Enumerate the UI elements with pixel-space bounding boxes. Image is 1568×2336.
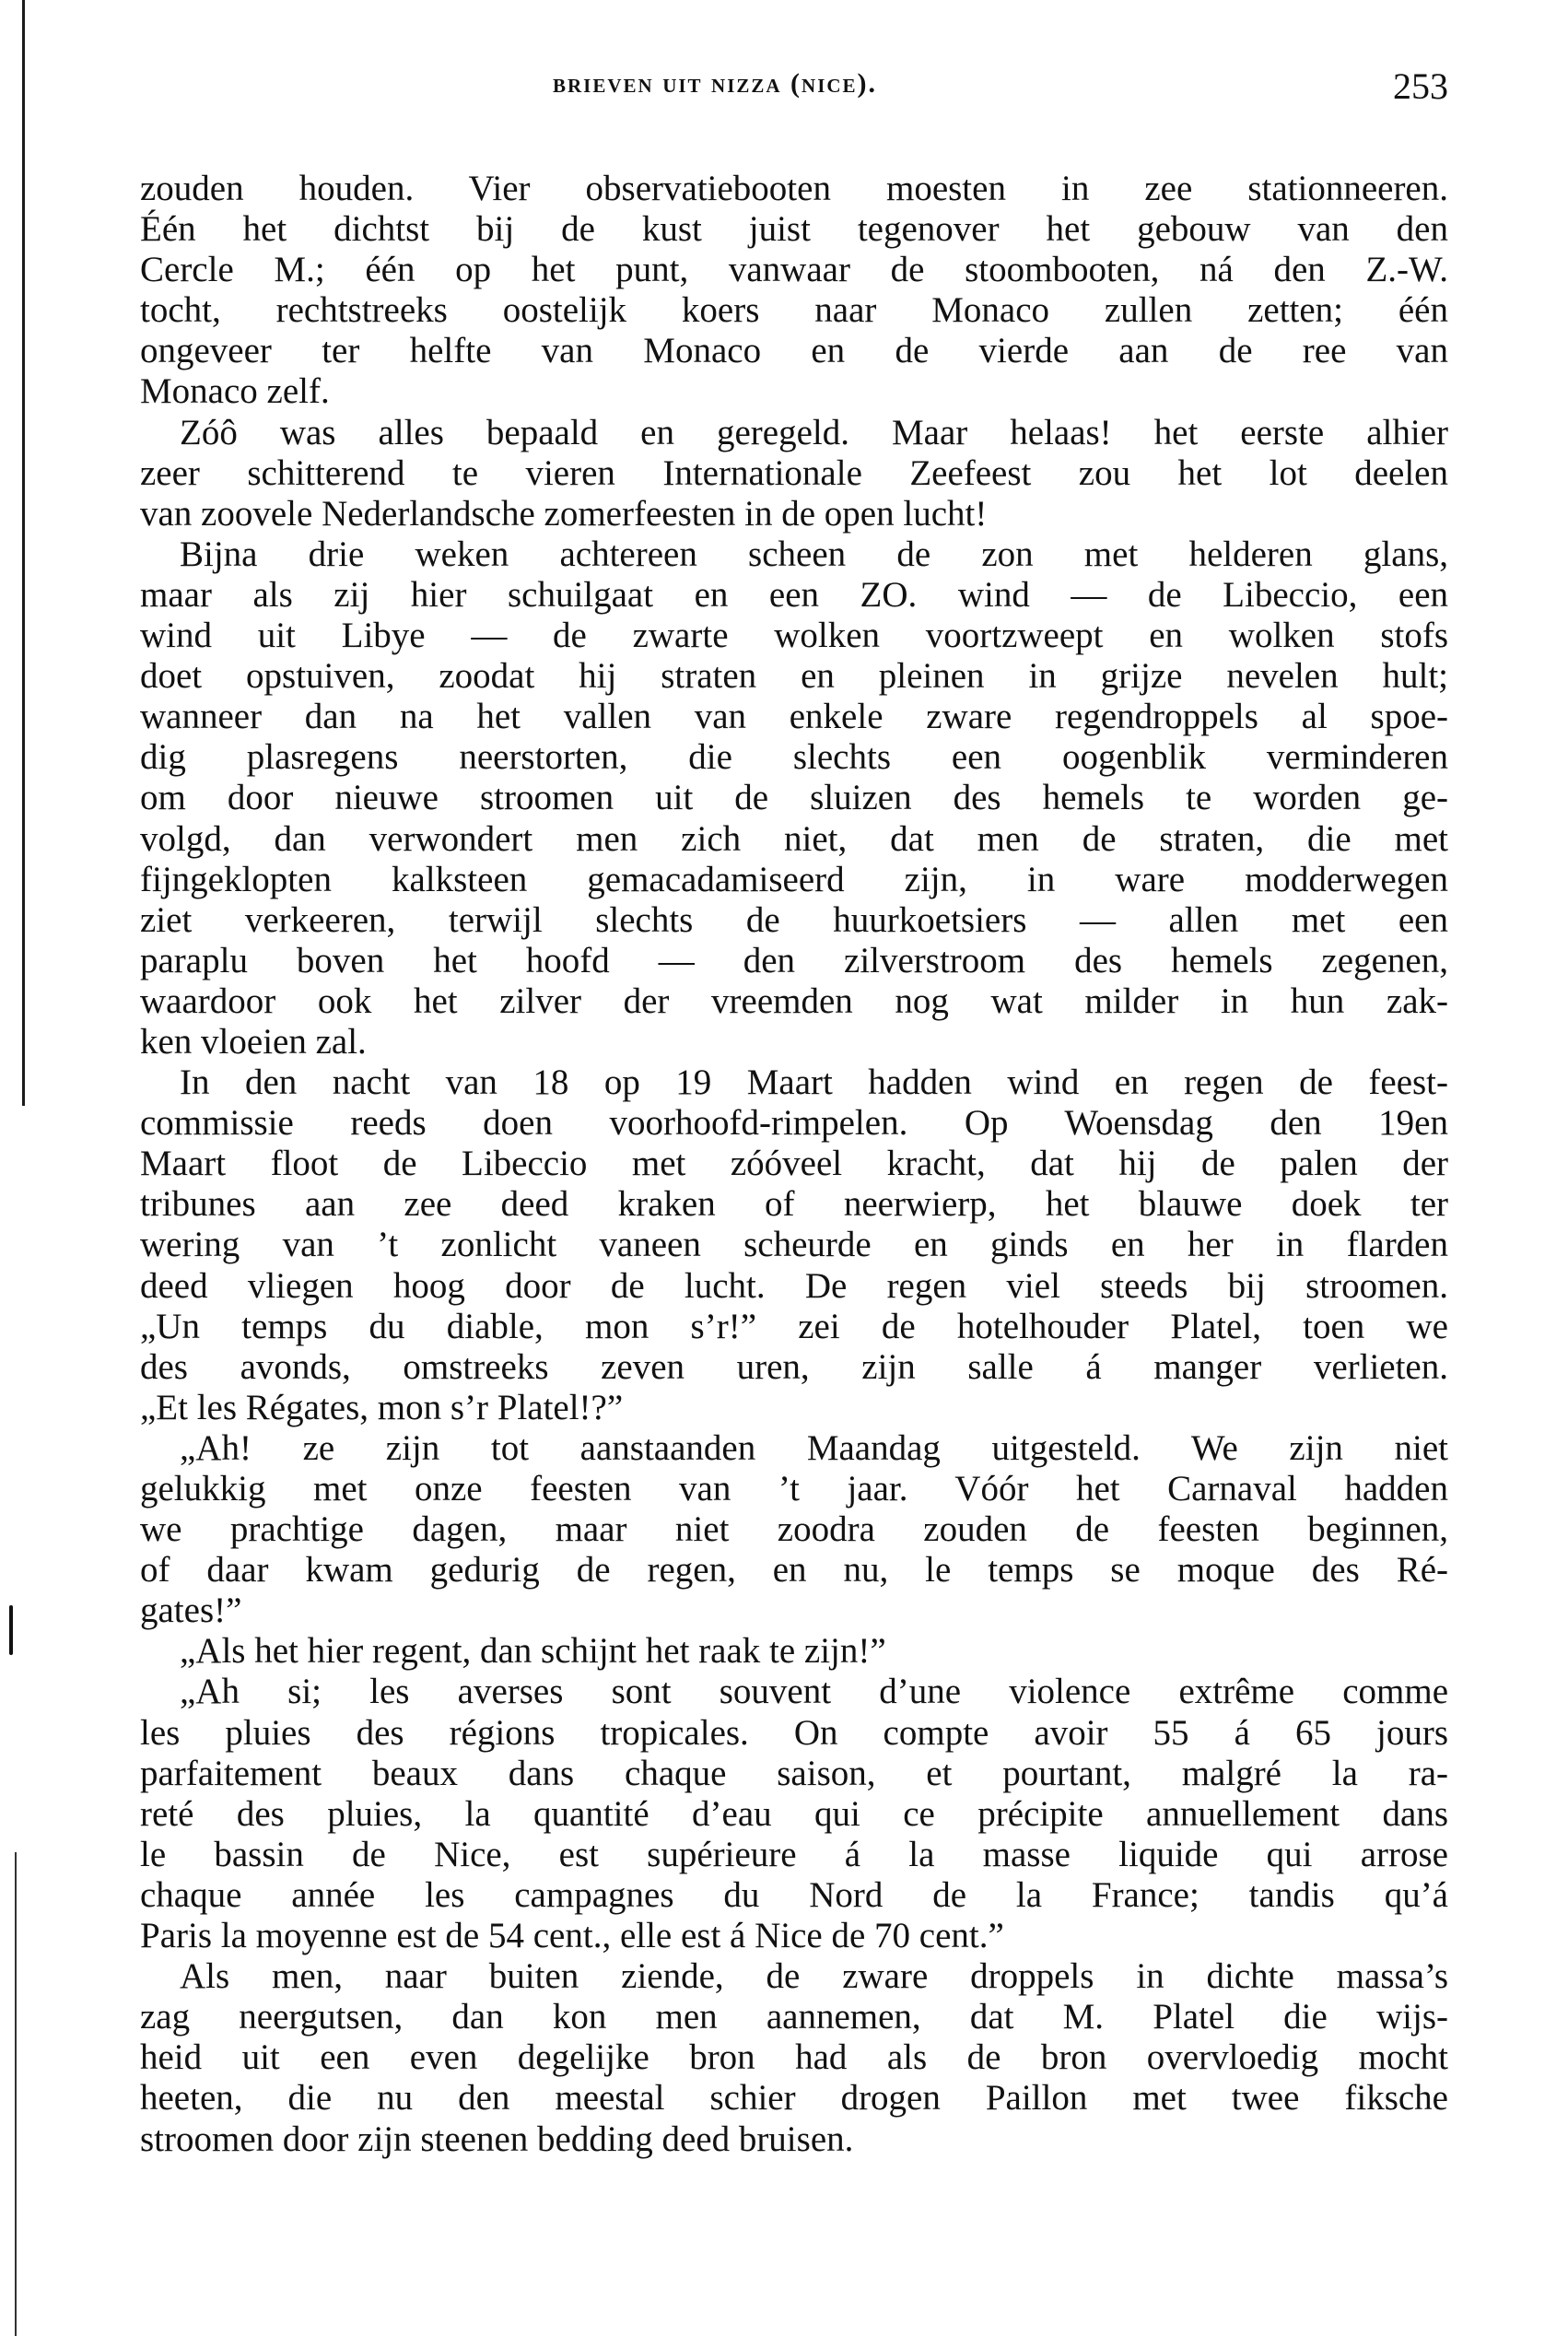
- text-line: paraplu boven het hoofd — den zilverstro…: [140, 941, 1448, 981]
- running-title: BRIEVEN UIT NIZZA (NICE).: [553, 68, 877, 100]
- scan-margin-line: [22, 0, 25, 1106]
- text-line: stroomen door zijn steenen bedding deed …: [140, 2119, 1448, 2160]
- page-number: 253: [1393, 65, 1448, 108]
- body-text: zouden houden. Vier observatiebooten moe…: [140, 169, 1448, 2160]
- paragraph-first-line: „Ah! ze zijn tot aanstaanden Maandag uit…: [140, 1428, 1448, 1469]
- text-line: maar als zij hier schuilgaat en een ZO. …: [140, 575, 1448, 616]
- text-line: Monaco zelf.: [140, 371, 1448, 412]
- text-line: des avonds, omstreeks zeven uren, zijn s…: [140, 1347, 1448, 1388]
- text-line: zeer schitterend te vieren International…: [140, 453, 1448, 494]
- running-head: BRIEVEN UIT NIZZA (NICE). 253: [140, 65, 1448, 105]
- text-line: wering van ’t zonlicht vaneen scheurde e…: [140, 1225, 1448, 1265]
- text-line: gelukkig met onze feesten van ’t jaar. V…: [140, 1469, 1448, 1509]
- text-line: we prachtige dagen, maar niet zoodra zou…: [140, 1509, 1448, 1550]
- text-line: dig plasregens neerstorten, die slechts …: [140, 737, 1448, 778]
- text-line: ziet verkeeren, terwijl slechts de huurk…: [140, 900, 1448, 941]
- text-line: „Et les Régates, mon s’r Platel!?”: [140, 1388, 1448, 1428]
- text-line: tocht, rechtstreeks oostelijk koers naar…: [140, 290, 1448, 331]
- text-line: commissie reeds doen voorhoofd-rimpelen.…: [140, 1103, 1448, 1144]
- text-line: waardoor ook het zilver der vreemden nog…: [140, 981, 1448, 1022]
- paragraph-first-line: „Ah si; les averses sont souvent d’une v…: [140, 1672, 1448, 1712]
- text-line: zag neergutsen, dan kon men aannemen, da…: [140, 1997, 1448, 2037]
- text-line: doet opstuiven, zoodat hij straten en pl…: [140, 656, 1448, 697]
- text-line: chaque année les campagnes du Nord de la…: [140, 1875, 1448, 1916]
- text-line: ken vloeien zal.: [140, 1022, 1448, 1062]
- paragraph-first-line: Als men, naar buiten ziende, de zware dr…: [140, 1956, 1448, 1997]
- text-line: heid uit een even degelijke bron had als…: [140, 2037, 1448, 2078]
- scan-margin-mark: [9, 1605, 13, 1655]
- text-line: Maart floot de Libeccio met zóóveel krac…: [140, 1144, 1448, 1184]
- paragraph-first-line: In den nacht van 18 op 19 Maart hadden w…: [140, 1062, 1448, 1103]
- text-line: Cercle M.; één op het punt, vanwaar de s…: [140, 250, 1448, 290]
- text-line: of daar kwam gedurig de regen, en nu, le…: [140, 1550, 1448, 1591]
- paragraph-first-line: Zóô was alles bepaald en geregeld. Maar …: [140, 413, 1448, 453]
- text-line: le bassin de Nice, est supérieure á la m…: [140, 1835, 1448, 1875]
- paragraph-first-line: „Als het hier regent, dan schijnt het ra…: [140, 1631, 1448, 1672]
- text-line: les pluies des régions tropicales. On co…: [140, 1713, 1448, 1754]
- text-line: gates!”: [140, 1591, 1448, 1631]
- text-line: ongeveer ter helfte van Monaco en de vie…: [140, 331, 1448, 371]
- text-line: deed vliegen hoog door de lucht. De rege…: [140, 1266, 1448, 1307]
- text-line: reté des pluies, la quantité d’eau qui c…: [140, 1794, 1448, 1835]
- paragraph-first-line: Bijna drie weken achtereen scheen de zon…: [140, 534, 1448, 575]
- text-line: van zoovele Nederlandsche zomerfeesten i…: [140, 494, 1448, 534]
- text-line: „Un temps du diable, mon s’r!” zei de ho…: [140, 1307, 1448, 1347]
- text-line: wanneer dan na het vallen van enkele zwa…: [140, 697, 1448, 737]
- scan-margin-line-lower: [15, 1852, 17, 2336]
- text-line: wind uit Libye — de zwarte wolken voortz…: [140, 616, 1448, 656]
- text-line: Één het dichtst bij de kust juist tegeno…: [140, 209, 1448, 250]
- text-line: om door nieuwe stroomen uit de sluizen d…: [140, 778, 1448, 818]
- text-line: fijngeklopten kalksteen gemacadamiseerd …: [140, 860, 1448, 900]
- text-line: volgd, dan verwondert men zich niet, dat…: [140, 819, 1448, 860]
- text-line: heeten, die nu den meestal schier drogen…: [140, 2078, 1448, 2119]
- text-line: zouden houden. Vier observatiebooten moe…: [140, 169, 1448, 209]
- text-line: Paris la moyenne est de 54 cent., elle e…: [140, 1916, 1448, 1956]
- text-line: parfaitement beaux dans chaque saison, e…: [140, 1754, 1448, 1794]
- text-line: tribunes aan zee deed kraken of neerwier…: [140, 1184, 1448, 1225]
